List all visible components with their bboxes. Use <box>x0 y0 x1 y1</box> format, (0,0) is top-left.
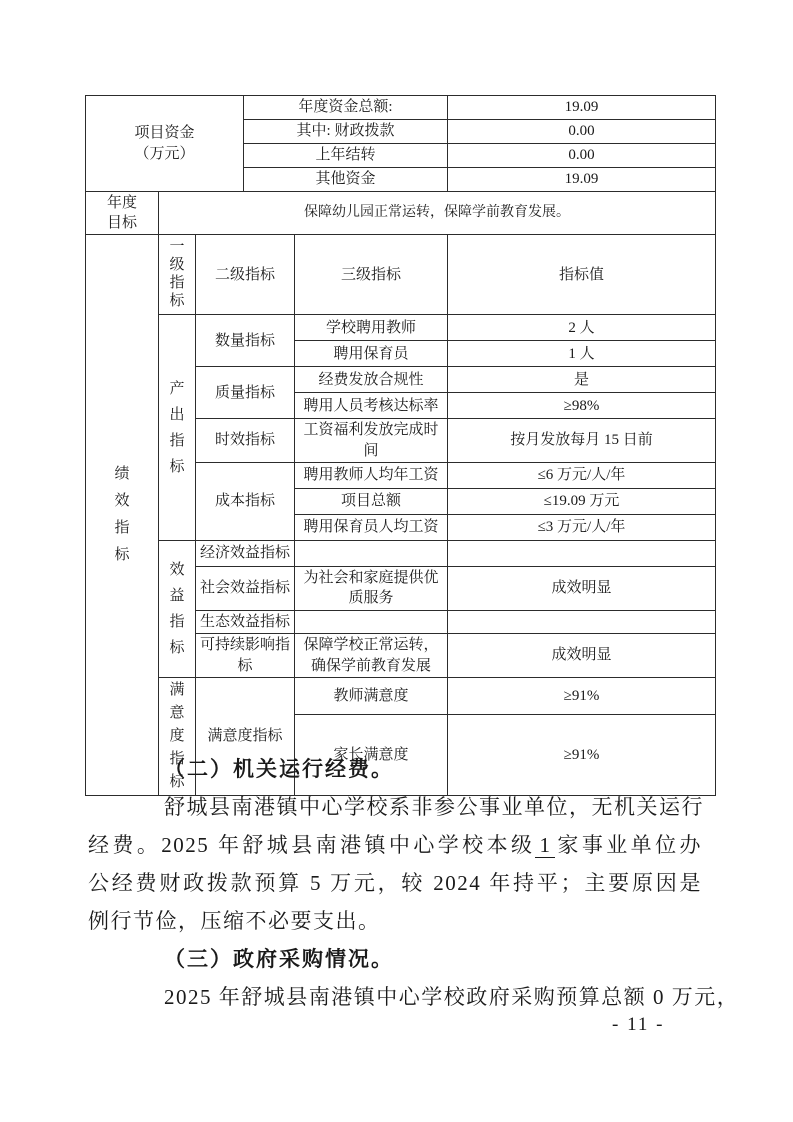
project-funds-label-cell: 项目资金 （万元） <box>86 96 244 192</box>
level2-cell: 经济效益指标 <box>196 540 295 566</box>
value-cell: 成效明显 <box>448 634 716 678</box>
header-level1: 一级指标 <box>168 238 185 310</box>
level3-cell <box>295 610 448 633</box>
annual-goal-label: 年度目标 <box>105 193 140 233</box>
paragraph-line: 2025 年舒城县南港镇中心学校政府采购预算总额 0 万元， <box>88 978 702 1016</box>
value-cell: ≤6 万元/人/年 <box>448 462 716 488</box>
performance-side-label: 绩效指标 <box>113 461 130 569</box>
level2-cell: 可持续影响指标 <box>196 634 295 678</box>
table-row: 年度目标 保障幼儿园正常运转，保障学前教育发展。 <box>86 192 716 235</box>
project-funds-label-line1: 项目资金 <box>89 123 240 143</box>
value-cell: ≤3 万元/人/年 <box>448 514 716 540</box>
funds-row-label: 年度资金总额: <box>244 96 448 120</box>
paragraph-line: 舒城县南港镇中心学校系非参公事业单位，无机关运行 <box>88 788 702 826</box>
level3-cell: 为社会和家庭提供优质服务 <box>295 566 448 610</box>
project-funds-label-line2: （万元） <box>89 144 240 164</box>
level1-label: 产出指标 <box>168 376 185 480</box>
paragraph-text: 家事业单位办 <box>555 833 702 857</box>
level2-cell: 时效指标 <box>196 419 295 463</box>
document-page: 项目资金 （万元） 年度资金总额: 19.09 其中: 财政拨款 0.00 上年… <box>0 0 793 1122</box>
level3-cell: 学校聘用教师 <box>295 315 448 341</box>
table-row: 产出指标 数量指标 学校聘用教师 2 人 <box>86 315 716 341</box>
level1-cell: 产出指标 <box>159 315 196 541</box>
performance-indicators-table: 绩效指标 一级指标 二级指标 三级指标 指标值 产出指标 数量指标 学校聘用教师… <box>85 234 716 796</box>
header-level2: 二级指标 <box>196 235 295 315</box>
level2-cell: 社会效益指标 <box>196 566 295 610</box>
level3-cell: 工资福利发放完成时间 <box>295 419 448 463</box>
level2-cell: 生态效益指标 <box>196 610 295 633</box>
page-number: - 11 - <box>612 1014 664 1036</box>
budget-performance-table: 项目资金 （万元） 年度资金总额: 19.09 其中: 财政拨款 0.00 上年… <box>85 95 715 796</box>
paragraph-line: 例行节俭，压缩不必要支出。 <box>88 902 702 940</box>
underlined-number: 1 <box>535 833 555 858</box>
value-cell: ≥91% <box>448 678 716 715</box>
paragraph-text: 经费。2025 年舒城县南港镇中心学校本级 <box>88 833 535 857</box>
level1-cell: 效益指标 <box>159 540 196 677</box>
level3-cell <box>295 540 448 566</box>
annual-goal-label-cell: 年度目标 <box>86 192 159 235</box>
table-row: 项目资金 （万元） 年度资金总额: 19.09 <box>86 96 716 120</box>
level3-cell: 聘用人员考核达标率 <box>295 393 448 419</box>
section-heading-2: （二）机关运行经费。 <box>88 750 702 788</box>
paragraph-line: 公经费财政拨款预算 5 万元，较 2024 年持平；主要原因是 <box>88 864 702 902</box>
level3-cell: 聘用保育员 <box>295 341 448 367</box>
level2-cell: 成本指标 <box>196 462 295 540</box>
level2-cell: 质量指标 <box>196 367 295 419</box>
funds-row-value: 19.09 <box>448 96 716 120</box>
level3-cell: 保障学校正常运转，确保学前教育发展 <box>295 634 448 678</box>
value-cell: ≤19.09 万元 <box>448 488 716 514</box>
level3-cell: 聘用保育员人均工资 <box>295 514 448 540</box>
value-cell: ≥98% <box>448 393 716 419</box>
header-value: 指标值 <box>448 235 716 315</box>
table-header-row: 绩效指标 一级指标 二级指标 三级指标 指标值 <box>86 235 716 315</box>
value-cell: 2 人 <box>448 315 716 341</box>
value-cell: 按月发放每月 15 日前 <box>448 419 716 463</box>
value-cell <box>448 540 716 566</box>
funds-row-value: 0.00 <box>448 120 716 144</box>
value-cell: 是 <box>448 367 716 393</box>
table-row: 效益指标 经济效益指标 <box>86 540 716 566</box>
level3-cell: 项目总额 <box>295 488 448 514</box>
funds-row-label: 其他资金 <box>244 168 448 192</box>
project-funds-table: 项目资金 （万元） 年度资金总额: 19.09 其中: 财政拨款 0.00 上年… <box>85 95 716 192</box>
header-level3: 三级指标 <box>295 235 448 315</box>
level3-cell: 教师满意度 <box>295 678 448 715</box>
paragraph-line: 经费。2025 年舒城县南港镇中心学校本级1家事业单位办 <box>88 826 702 864</box>
value-cell: 成效明显 <box>448 566 716 610</box>
funds-row-value: 19.09 <box>448 168 716 192</box>
body-text: （二）机关运行经费。 舒城县南港镇中心学校系非参公事业单位，无机关运行 经费。2… <box>88 750 702 1016</box>
funds-row-value: 0.00 <box>448 144 716 168</box>
value-cell: 1 人 <box>448 341 716 367</box>
section-heading-3: （三）政府采购情况。 <box>88 940 702 978</box>
level3-cell: 经费发放合规性 <box>295 367 448 393</box>
value-cell <box>448 610 716 633</box>
funds-row-label: 上年结转 <box>244 144 448 168</box>
annual-goal-table: 年度目标 保障幼儿园正常运转，保障学前教育发展。 <box>85 191 716 235</box>
header-level1-cell: 一级指标 <box>159 235 196 315</box>
annual-goal-text: 保障幼儿园正常运转，保障学前教育发展。 <box>159 192 716 235</box>
level3-cell: 聘用教师人均年工资 <box>295 462 448 488</box>
performance-side-label-cell: 绩效指标 <box>86 235 159 796</box>
table-row: 满意度指标 满意度指标 教师满意度 ≥91% <box>86 678 716 715</box>
funds-row-label: 其中: 财政拨款 <box>244 120 448 144</box>
level2-cell: 数量指标 <box>196 315 295 367</box>
level1-label: 效益指标 <box>168 557 185 661</box>
